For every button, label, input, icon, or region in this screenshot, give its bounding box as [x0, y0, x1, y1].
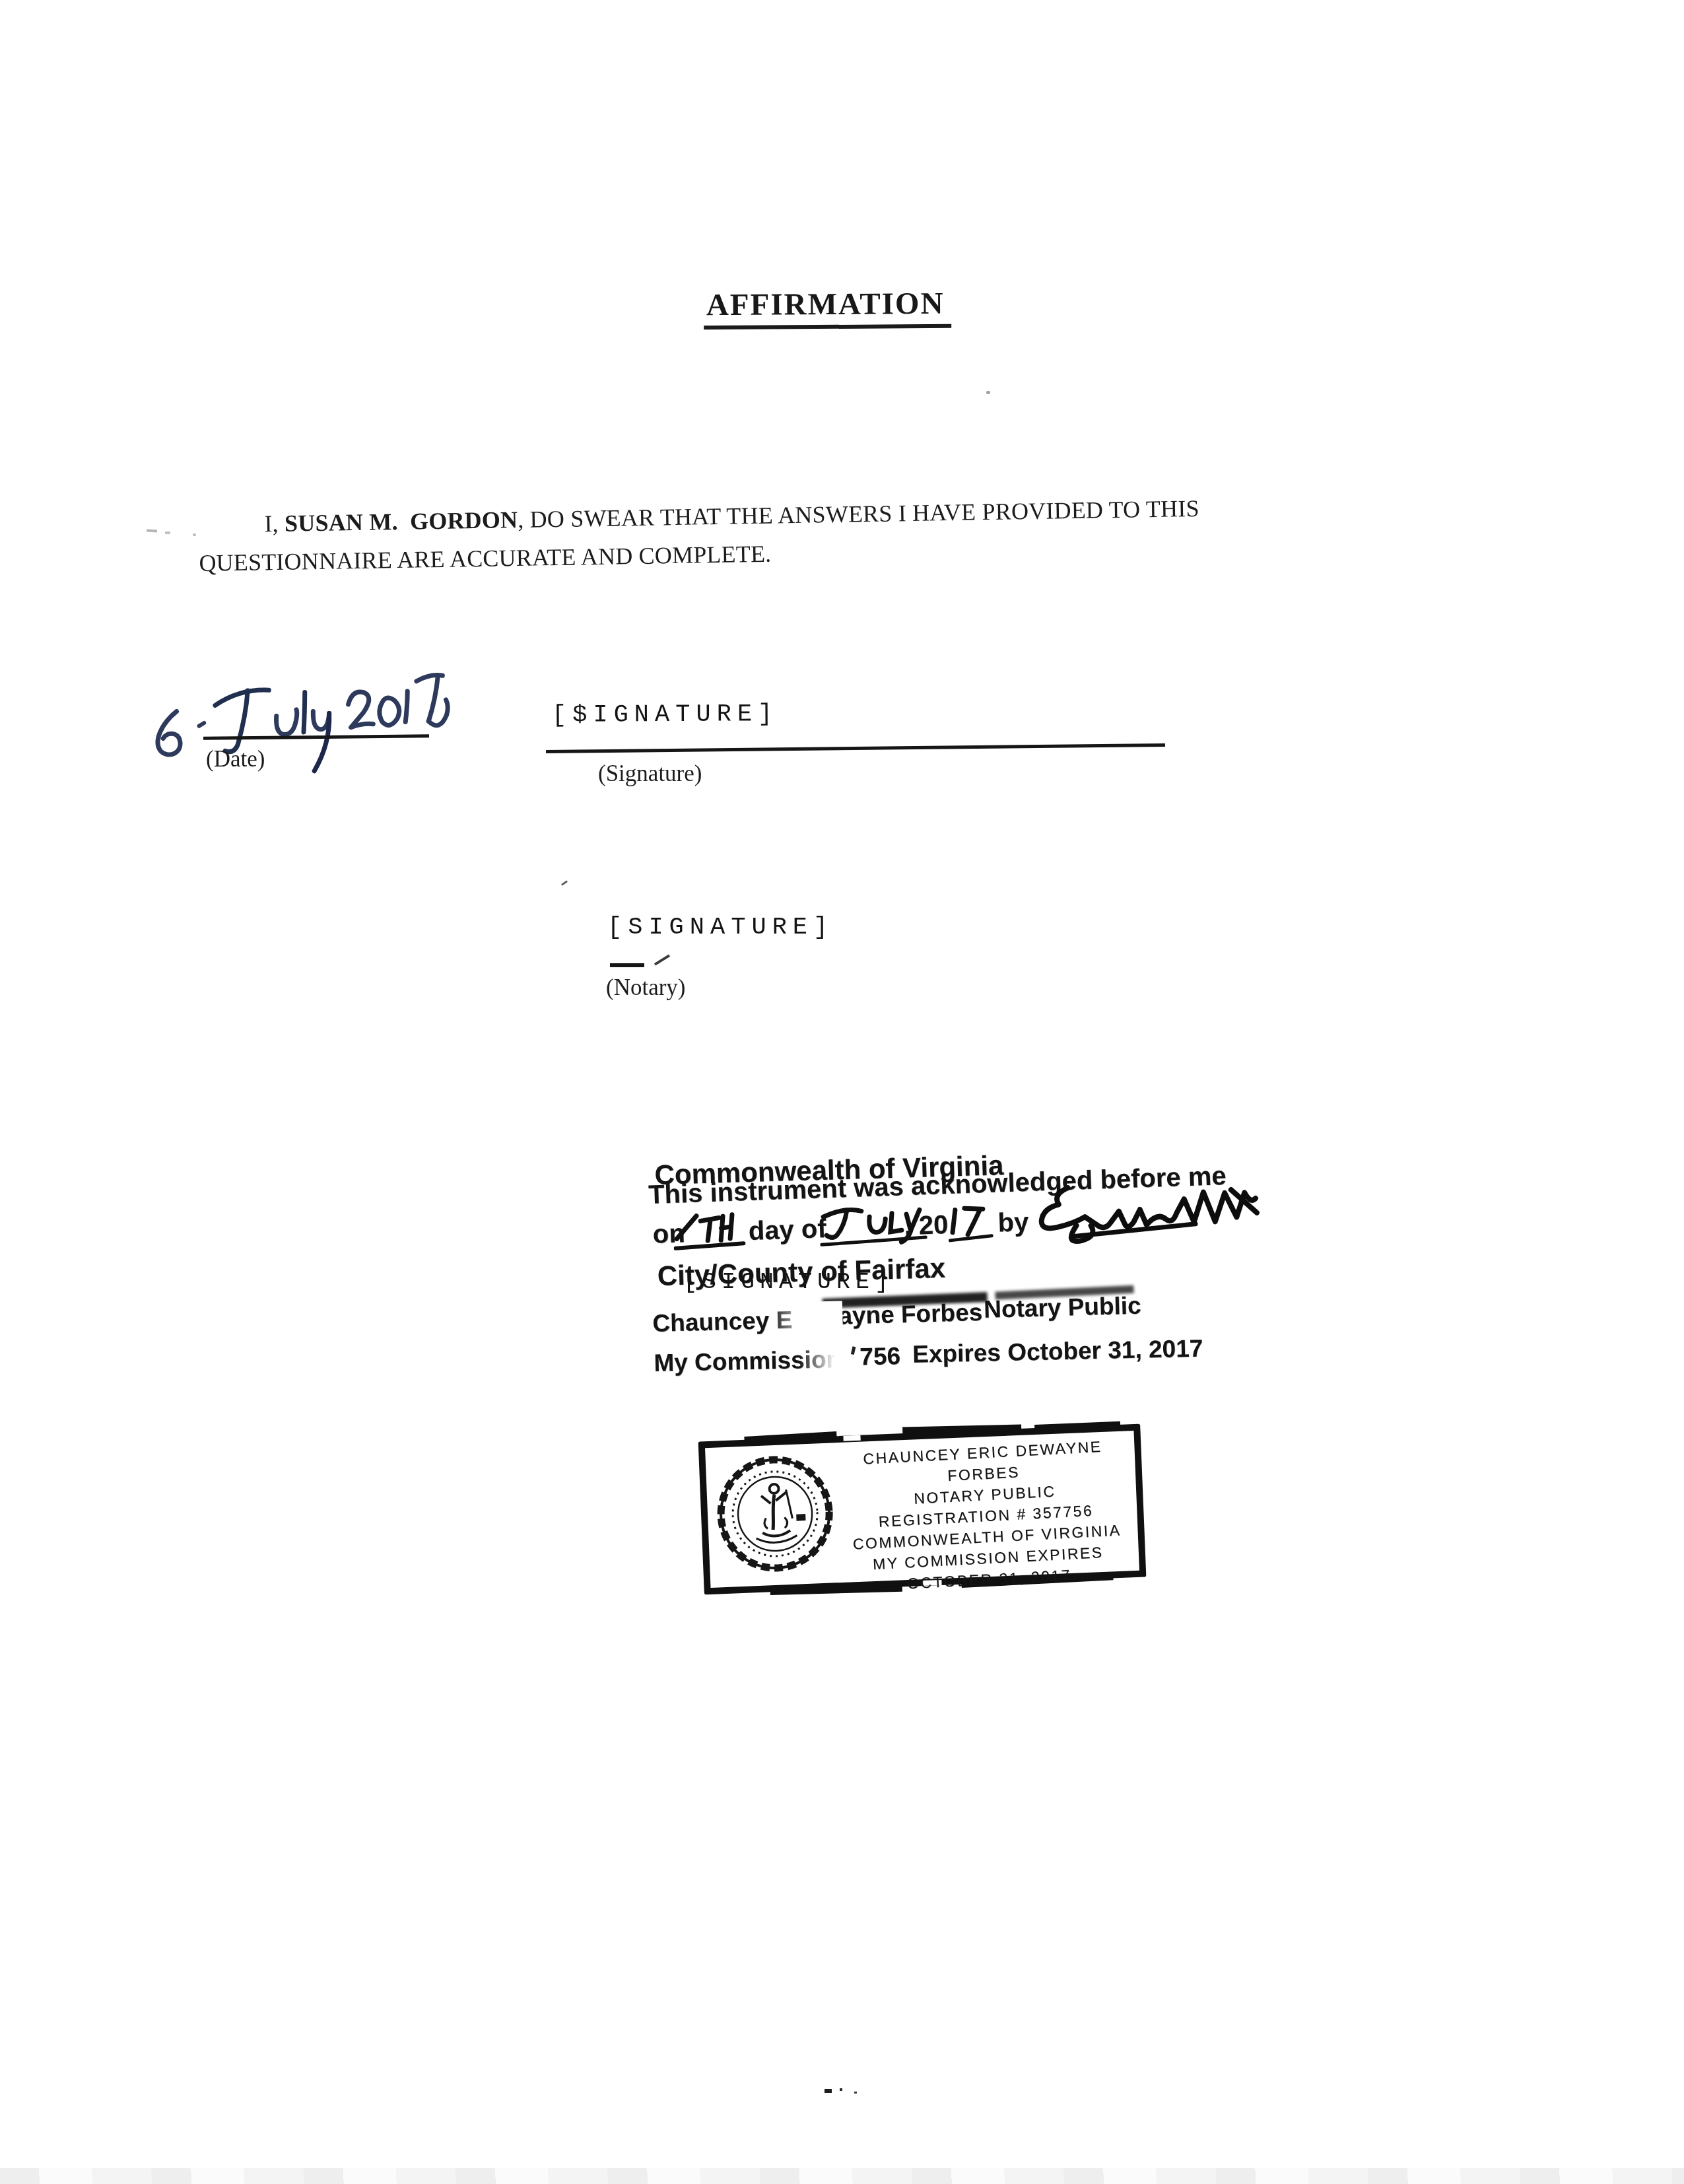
scan-artifact: [840, 2088, 842, 2091]
handwritten-day: [673, 1209, 748, 1255]
notary-short-line: [610, 963, 644, 967]
scan-artifact: [986, 391, 990, 394]
notary-stamp: CHAUNCEY ERIC DEWAYNE FORBES NOTARY PUBL…: [698, 1424, 1147, 1595]
virginia-seal: [714, 1452, 837, 1575]
stamp-text-block: CHAUNCEY ERIC DEWAYNE FORBES NOTARY PUBL…: [834, 1435, 1138, 1598]
scan-artifact: [147, 529, 157, 532]
affiant-name: SUSAN M. GORDON: [285, 506, 518, 537]
stamp-border-notch: [843, 1435, 860, 1441]
commission-line2-part2: 756: [859, 1342, 901, 1371]
signature-placeholder: [$IGNATURE]: [552, 700, 778, 730]
notary-signature-placeholder: [SIGNATURE]: [607, 914, 834, 941]
handwritten-date: [131, 627, 458, 792]
scan-artifact: [825, 2089, 832, 2093]
stamp-border-bump: [1034, 1421, 1120, 1430]
scan-artifact: [561, 880, 568, 885]
oath-suffix: , DO SWEAR THAT THE ANSWERS I HAVE PROVI…: [518, 495, 1199, 533]
commission-line2-part3: Expires October 31, 2017: [912, 1335, 1203, 1369]
scan-artifact: [854, 2092, 857, 2094]
scan-noise-strip: [0, 2168, 1684, 2184]
affirmation-document-page: AFFIRMATION I, SUSAN M. GORDON, DO SWEAR…: [0, 0, 1684, 2184]
stamp-border-bump: [902, 1424, 1021, 1433]
handwritten-year: [947, 1202, 996, 1246]
stamp-border-bump: [744, 1431, 836, 1443]
words-comma-20: , 20: [904, 1210, 949, 1241]
scan-artifact: [654, 954, 670, 965]
whiteout-patch: [799, 1342, 860, 1378]
page-title: AFFIRMATION: [704, 286, 951, 330]
whiteout-patch: [770, 1301, 843, 1337]
notary-stamped-signature-placeholder: [SIGNATURE]: [683, 1269, 894, 1295]
words-day-of: day of: [748, 1214, 826, 1246]
signature-line: [546, 743, 1165, 753]
signature-label: (Signature): [598, 761, 702, 787]
scan-artifact: [193, 533, 196, 536]
oath-prefix: I,: [264, 510, 285, 537]
word-by: by: [997, 1208, 1029, 1239]
date-label: (Date): [206, 746, 265, 772]
oath-paragraph: I, SUSAN M. GORDON, DO SWEAR THAT THE AN…: [198, 487, 1338, 582]
notary-label: (Notary): [606, 974, 686, 1001]
scan-artifact: [165, 531, 170, 534]
